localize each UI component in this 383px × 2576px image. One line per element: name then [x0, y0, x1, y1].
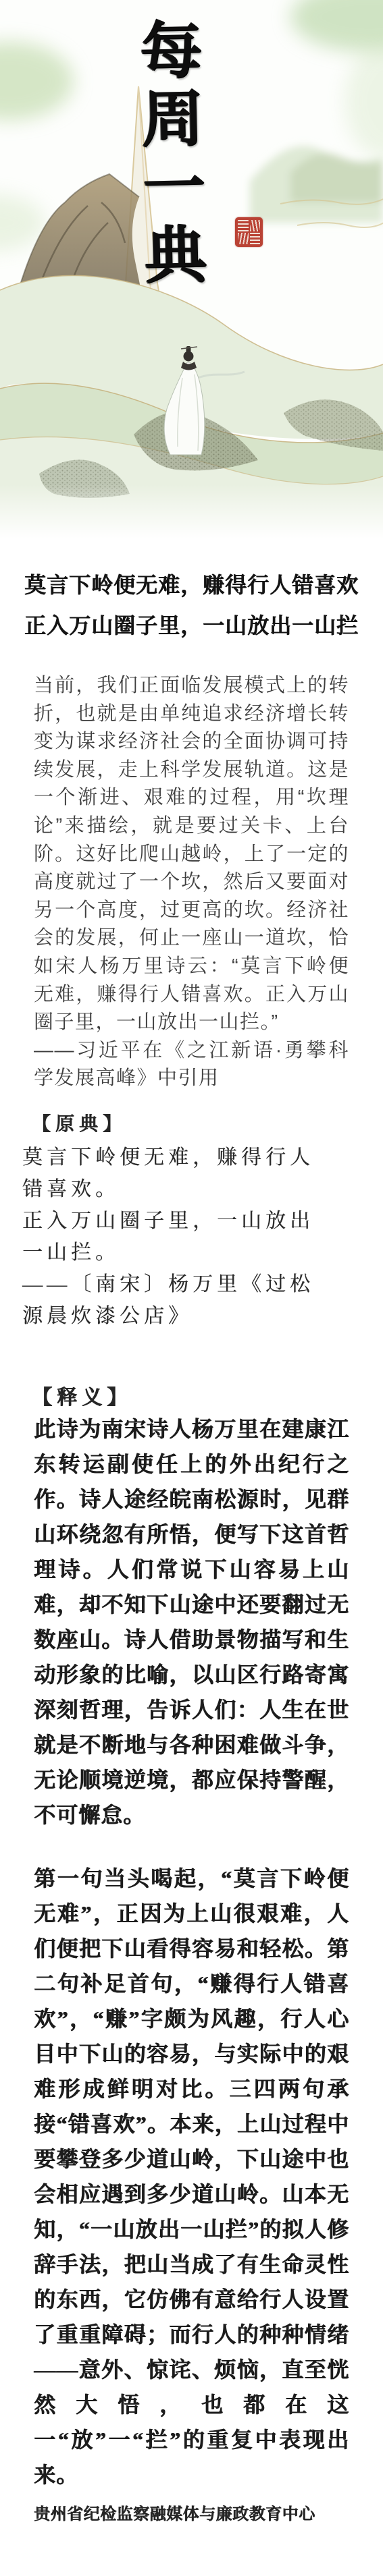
intro-attribution: ——习近平在《之江新语·勇攀科学发展高峰》中引用 — [34, 1037, 349, 1093]
header-painting: 每周一典 — [0, 0, 383, 538]
interpretation-paragraph-2: 第一句当头喝起，“莫言下岭便无难”，正因为上山很艰难，人们便把下山看得容易和轻松… — [34, 1861, 349, 2492]
article-page: 每周一典 莫言下岭便无难，赚得行人错喜欢 正入万山圈子里，一山放出一山拦 当前，… — [0, 0, 383, 2576]
poem-verse1: 莫言下岭便无难，赚得行人错喜欢。 — [22, 1142, 328, 1205]
bottom-fade — [0, 484, 383, 538]
red-seal-stamp — [235, 217, 263, 247]
poem-attribution: ——〔南宋〕杨万里《过松源晨炊漆公店》 — [22, 1268, 328, 1332]
quote-headline-line2: 正入万山圈子里，一山放出一山拦 — [0, 614, 383, 638]
seal-glyph — [238, 233, 249, 244]
seal-glyph — [238, 220, 249, 231]
quote-headline-line1: 莫言下岭便无难，赚得行人错喜欢 — [0, 573, 383, 597]
poem-verse2: 正入万山圈子里，一山放出一山拦。 — [22, 1205, 328, 1268]
intro-commentary: 当前，我们正面临发展模式上的转折，也就是由单纯追求经济增长转变为谋求经济社会的全… — [34, 672, 349, 1093]
interpretation-paragraph-1: 此诗为南宋诗人杨万里在建康江东转运副使任上的外出纪行之作。诗人途经皖南松源时，见… — [34, 1411, 349, 1832]
seal-glyph — [250, 220, 261, 231]
poem-block: 莫言下岭便无难，赚得行人错喜欢。 正入万山圈子里，一山放出一山拦。 ——〔南宋〕… — [22, 1142, 328, 1332]
seal-glyph — [250, 233, 261, 244]
section-label-yuandian: 【原典】 — [32, 1109, 126, 1136]
vertical-calligraphy-title: 每周一典 — [134, 17, 203, 383]
intro-text: 当前，我们正面临发展模式上的转折，也就是由单纯追求经济增长转变为谋求经济社会的全… — [34, 672, 349, 1037]
section-label-shiyi: 【释义】 — [32, 1380, 132, 1410]
footer-attribution: 贵州省纪检监察融媒体与廉政教育中心 — [34, 2500, 349, 2524]
